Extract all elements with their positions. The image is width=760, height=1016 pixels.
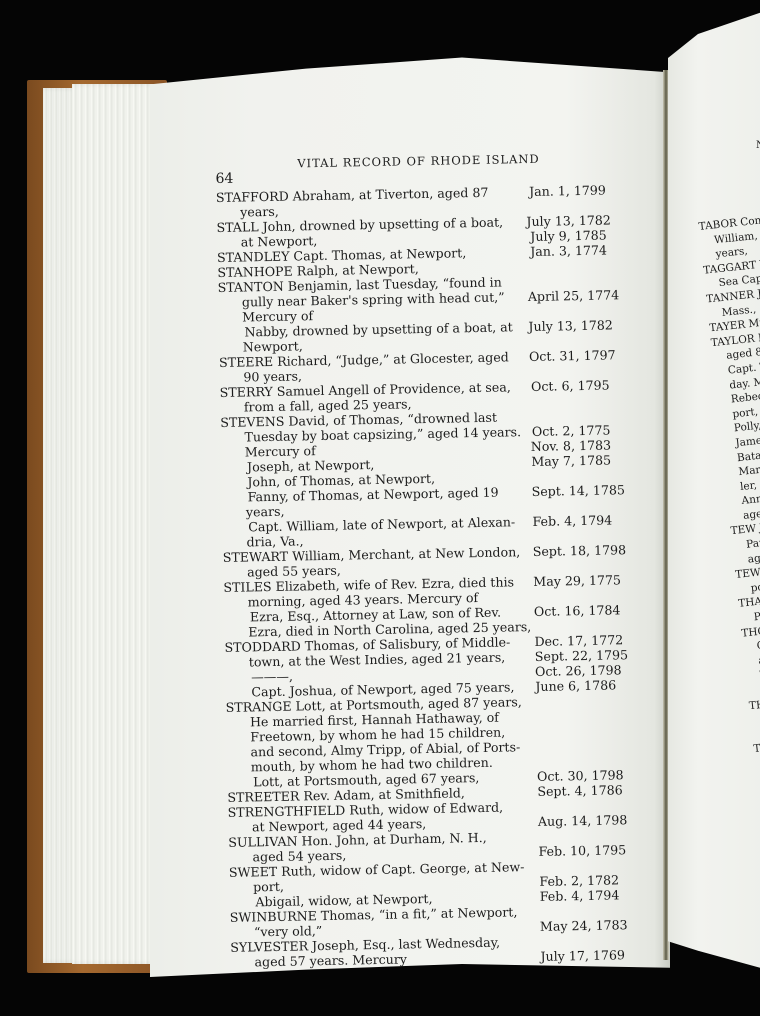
page-number: 64 — [215, 172, 233, 187]
record-date — [540, 932, 620, 949]
record-text: Newport, — [219, 338, 303, 355]
entry-list: STAFFORD Abraham, at Tiverton, aged 87Ja… — [216, 183, 621, 970]
record-date: June 6, 1786 — [535, 677, 615, 694]
record-date — [533, 587, 613, 604]
record-date: July 17, 1769 — [540, 947, 620, 964]
record-date — [536, 692, 616, 709]
record-date — [540, 902, 620, 919]
record-text: dria, Va., — [222, 533, 303, 550]
record-date — [526, 198, 606, 215]
record-date: April 25, 1774 — [528, 287, 608, 304]
record-date: Oct. 2, 1775 — [530, 422, 610, 439]
record-date: Sept. 18, 1798 — [533, 542, 613, 559]
record-date: Feb. 4, 1794 — [539, 887, 619, 904]
record-date: Nov. 8, 1783 — [531, 437, 611, 454]
record-date: Oct. 31, 1797 — [529, 347, 609, 364]
record-date — [534, 617, 614, 634]
record-date — [529, 362, 609, 379]
record-date: Jan. 3, 1774 — [527, 242, 607, 259]
record-text: aged 57 years. Mercury — [230, 951, 407, 969]
record-date — [532, 527, 612, 544]
record-date: Oct. 16, 1784 — [534, 602, 614, 619]
record-date: Sept. 14, 1785 — [531, 482, 611, 499]
record-date: May 7, 1785 — [531, 452, 611, 469]
record-text: port, — [229, 879, 284, 895]
record-date: Feb. 10, 1795 — [538, 842, 618, 859]
record-date: Sept. 4, 1786 — [537, 782, 617, 799]
record-date — [532, 497, 612, 514]
record-date: Sept. 22, 1795 — [535, 647, 615, 664]
record-date — [536, 722, 616, 739]
record-text: years, — [222, 504, 285, 520]
record-date — [536, 707, 616, 724]
record-date: Feb. 2, 1782 — [539, 872, 619, 889]
record-date: Oct. 30, 1798 — [537, 767, 617, 784]
left-page-text: 64 VITAL RECORD OF RHODE ISLAND STAFFORD… — [215, 143, 621, 970]
record-date — [539, 857, 619, 874]
record-date: May 24, 1783 — [540, 917, 620, 934]
right-page-text: TABOR ConstanWilliam, atyears,TAGGART Wi… — [698, 207, 760, 945]
running-head: 64 VITAL RECORD OF RHODE ISLAND — [215, 143, 606, 190]
record-date: July 13, 1782 — [526, 213, 606, 230]
record-date — [527, 272, 607, 289]
record-date — [530, 407, 610, 424]
record-date — [527, 257, 607, 274]
record-date: Feb. 4, 1794 — [532, 512, 612, 529]
running-head-title: VITAL RECORD OF RHODE ISLAND — [297, 152, 540, 172]
record-date: Jan. 1, 1799 — [526, 183, 606, 200]
record-date: Dec. 17, 1772 — [534, 632, 614, 649]
right-running-head: N — [756, 140, 760, 151]
right-page: N TABOR ConstanWilliam, atyears,TAGGART … — [668, 10, 760, 970]
record-date — [533, 557, 613, 574]
record-date — [531, 467, 611, 484]
record-date: May 29, 1775 — [533, 572, 613, 589]
record-date — [538, 797, 618, 814]
record-text: years, — [216, 204, 279, 220]
record-date — [538, 827, 618, 844]
record-date: July 13, 1782 — [528, 317, 608, 334]
record-date — [536, 737, 616, 754]
record-date — [537, 752, 617, 769]
record-date: Oct. 6, 1795 — [529, 377, 609, 394]
record-text: 90 years, — [219, 368, 302, 385]
record-date — [529, 332, 609, 349]
record-date: July 9, 1785 — [527, 227, 607, 244]
record-date: Oct. 26, 1798 — [535, 662, 615, 679]
record-text: “very old,” — [230, 923, 323, 940]
record-date — [530, 392, 610, 409]
record-text: ———, — [225, 669, 293, 685]
record-date — [528, 302, 608, 319]
record-date: Aug. 14, 1798 — [538, 812, 618, 829]
